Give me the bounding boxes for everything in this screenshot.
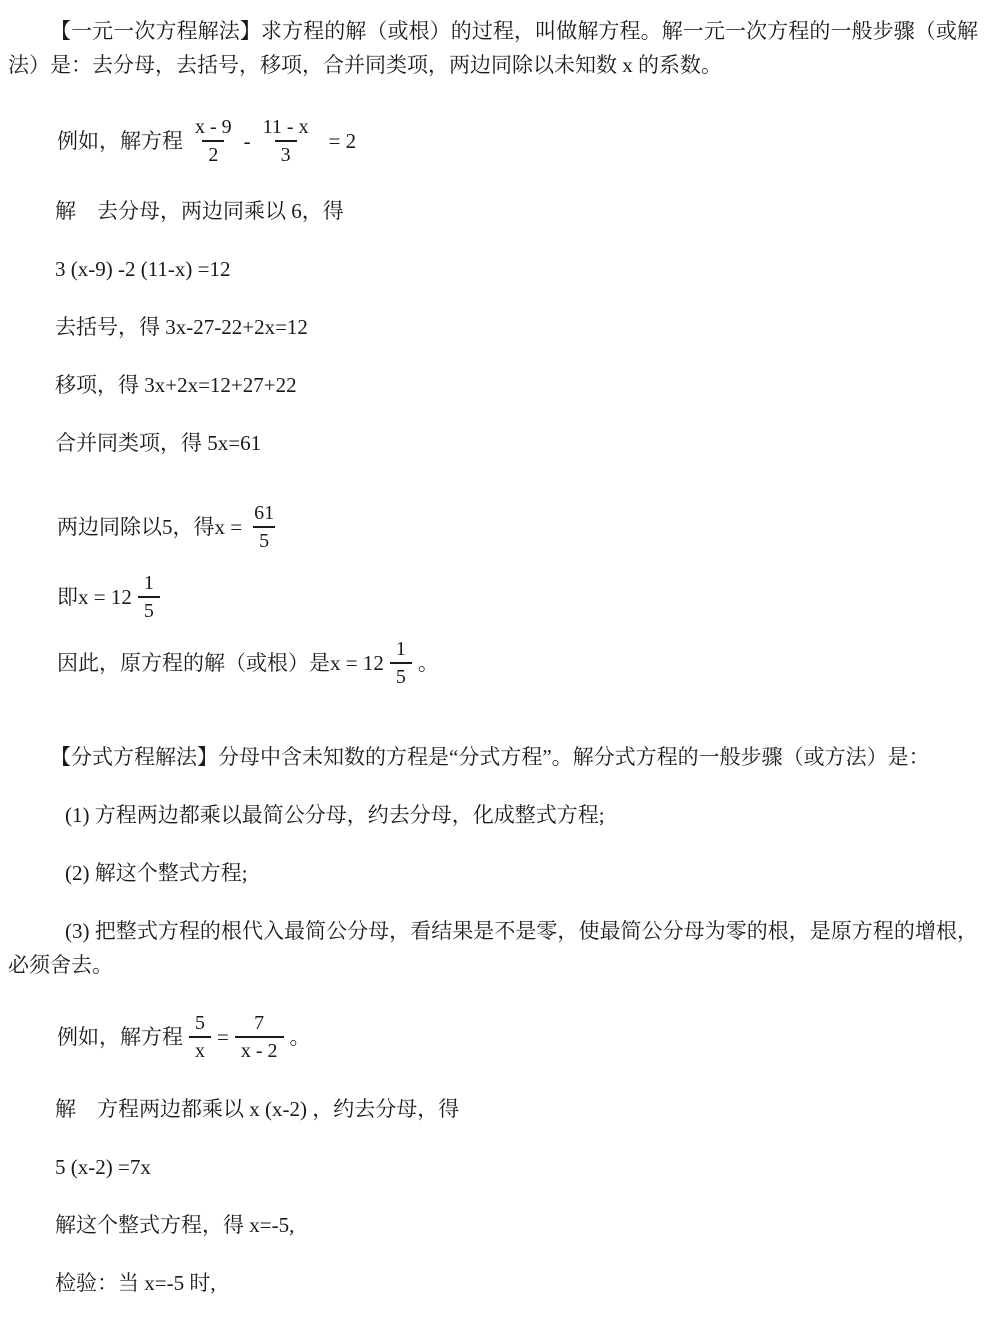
conclusion-lead-text: 因此，原方程的解（或根）是 bbox=[57, 646, 330, 680]
fraction-7-over-x-minus-2: 7 x - 2 bbox=[235, 1011, 284, 1063]
step-move-terms: 移项，得 3x+2x=12+27+22 bbox=[55, 368, 978, 402]
step-clear-denominators: 解 去分母，两边同乘以 6，得 bbox=[55, 194, 978, 228]
fraction-numerator: 61 bbox=[248, 501, 280, 526]
x-equals-12-text: x = 12 bbox=[330, 646, 384, 680]
section-linear-equation-method: 【一元一次方程解法】求方程的解（或根）的过程，叫做解方程。解一元一次方程的一般步… bbox=[8, 14, 978, 694]
equation-5x-minus-2: 5 (x-2) =7x bbox=[55, 1150, 978, 1184]
step-solve-integral-equation: 解这个整式方程，得 x=-5, bbox=[55, 1208, 978, 1242]
step-multiply-both-sides: 解 方程两边都乘以 x (x-2) ，约去分母，得 bbox=[55, 1092, 978, 1126]
method-step-1: (1) 方程两边都乘以最简公分母，约去分母，化成整式方程; bbox=[8, 798, 978, 832]
fraction-numerator: 11 - x bbox=[257, 115, 315, 140]
method-step-3: (3) 把整式方程的根代入最简公分母，看结果是不是零，使最简公分母为零的根，是原… bbox=[8, 914, 978, 982]
x-equals-text: x = bbox=[215, 510, 243, 544]
fraction-1-over-5: 1 5 bbox=[390, 637, 412, 689]
fraction-numerator: 7 bbox=[248, 1011, 270, 1036]
fraction-denominator: 5 bbox=[253, 526, 275, 553]
fraction-11-minus-x-over-3: 11 - x 3 bbox=[257, 115, 315, 167]
step-divide-both-sides: 两边同除以5，得 x = 61 5 bbox=[57, 496, 978, 558]
step-remove-brackets: 去括号，得 3x-27-22+2x=12 bbox=[55, 310, 978, 344]
fraction-denominator: 5 bbox=[390, 662, 412, 689]
fraction-1-over-5: 1 5 bbox=[138, 571, 160, 623]
conclusion-line: 因此，原方程的解（或根）是 x = 12 1 5 。 bbox=[57, 632, 978, 694]
minus-operator: - bbox=[244, 124, 251, 158]
x-equals-12-text: x = 12 bbox=[78, 580, 132, 614]
document-page: 【一元一次方程解法】求方程的解（或根）的过程，叫做解方程。解一元一次方程的一般步… bbox=[8, 14, 978, 1300]
fraction-numerator: x - 9 bbox=[189, 115, 238, 140]
section-fractional-equation-method: 【分式方程解法】分母中含未知数的方程是“分式方程”。解分式方程的一般步骤（或方法… bbox=[8, 740, 978, 1300]
that-is-text: 即 bbox=[57, 580, 78, 614]
fraction-61-over-5: 61 5 bbox=[248, 501, 280, 553]
fractional-method-paragraph: 【分式方程解法】分母中含未知数的方程是“分式方程”。解分式方程的一般步骤（或方法… bbox=[8, 740, 978, 774]
example-equation-1: 例如，解方程 x - 9 2 - 11 - x 3 = 2 bbox=[57, 112, 978, 170]
equals-2-text: = 2 bbox=[329, 124, 357, 158]
full-stop-text: 。 bbox=[418, 646, 439, 680]
step-check-solution: 检验：当 x=-5 时, bbox=[55, 1266, 978, 1300]
result-mixed-number: 即 x = 12 1 5 bbox=[57, 566, 978, 628]
fraction-denominator: x bbox=[189, 1036, 211, 1063]
linear-method-paragraph: 【一元一次方程解法】求方程的解（或根）的过程，叫做解方程。解一元一次方程的一般步… bbox=[8, 14, 978, 82]
fraction-denominator: 5 bbox=[138, 596, 160, 623]
equals-operator: = bbox=[217, 1020, 229, 1054]
divide-lead-text: 两边同除以5，得 bbox=[57, 510, 215, 544]
step-combine-like-terms: 合并同类项，得 5x=61 bbox=[55, 426, 978, 460]
fraction-numerator: 1 bbox=[390, 637, 412, 662]
method-step-2: (2) 解这个整式方程; bbox=[8, 856, 978, 890]
example-2-lead-text: 例如，解方程 bbox=[57, 1020, 183, 1054]
fraction-denominator: x - 2 bbox=[235, 1036, 284, 1063]
fraction-x-minus-9-over-2: x - 9 2 bbox=[189, 115, 238, 167]
fraction-numerator: 1 bbox=[138, 571, 160, 596]
fraction-numerator: 5 bbox=[189, 1011, 211, 1036]
equation-expanded: 3 (x-9) -2 (11-x) =12 bbox=[55, 252, 978, 286]
fraction-denominator: 2 bbox=[202, 140, 224, 167]
fraction-denominator: 3 bbox=[275, 140, 297, 167]
full-stop-text: 。 bbox=[290, 1020, 311, 1054]
example-1-lead-text: 例如，解方程 bbox=[57, 124, 183, 158]
example-equation-2: 例如，解方程 5 x = 7 x - 2 。 bbox=[57, 1006, 978, 1068]
fraction-5-over-x: 5 x bbox=[189, 1011, 211, 1063]
